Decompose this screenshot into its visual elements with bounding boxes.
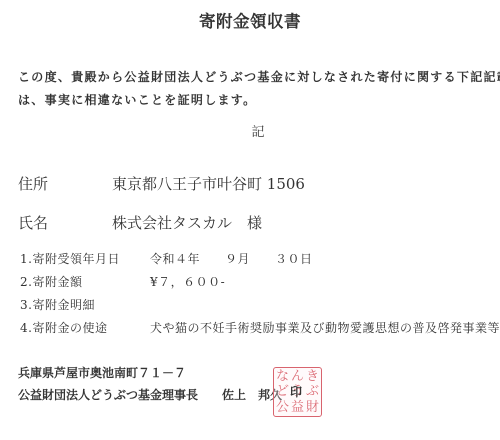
stamp-char: 公	[275, 400, 290, 415]
stamp-char: な	[275, 369, 290, 384]
item-purpose-value: 犬や猫の不妊手術奨励事業及び動物愛護思想の普及啓発事業等	[150, 319, 500, 336]
issuer-title-name: 公益財団法人どうぶつ基金理事長 佐上 邦久	[18, 386, 282, 403]
stamp-char: ど	[275, 384, 290, 399]
stamp-char: ぶ	[305, 384, 320, 399]
stamp-char: 益	[290, 400, 305, 415]
seal-label: 印	[290, 383, 302, 400]
item-amount-value: ¥７，６００-	[150, 273, 225, 290]
address-label: 住所	[18, 173, 48, 194]
name-label: 氏名	[18, 212, 48, 233]
intro-line-2: は、事実に相違ないことを証明します。	[18, 91, 256, 108]
intro-line-1: この度、貴殿から公益財団法人どうぶつ基金に対しなされた寄付に関する下記記載の事項	[18, 68, 500, 85]
name-value: 株式会社タスカル 様	[112, 212, 262, 233]
stamp-char: き	[305, 369, 320, 384]
address-value: 東京都八王子市叶谷町 1506	[112, 173, 305, 194]
item-amount-label: 2.寄附金額	[20, 273, 82, 290]
stamp-char: 財	[305, 400, 320, 415]
issuer-address: 兵庫県芦屋市奥池南町７１－７	[18, 364, 186, 381]
item-date-label: 1.寄附受領年月日	[20, 250, 120, 267]
document-title: 寄附金領収書	[0, 8, 500, 32]
item-detail-label: 3.寄附金明細	[20, 296, 95, 313]
item-purpose-label: 4.寄附金の使途	[20, 319, 107, 336]
item-date-value: 令和４年 ９月 ３０日	[150, 250, 313, 267]
ki-mark: 記	[0, 121, 500, 140]
